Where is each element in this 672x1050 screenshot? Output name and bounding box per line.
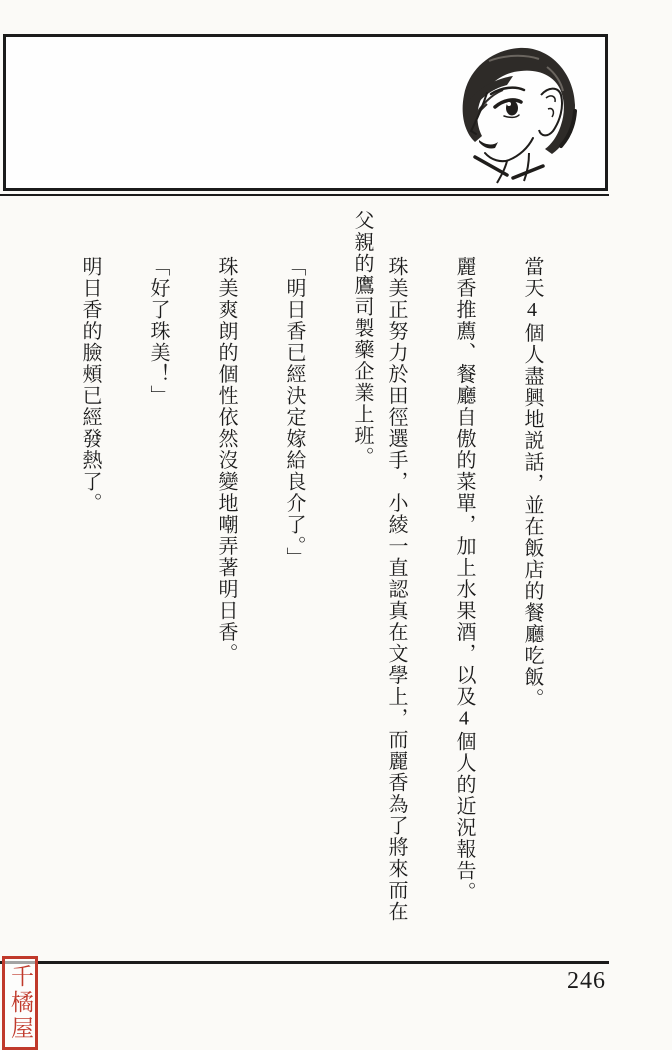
story-paragraph: 珠美正努力於田徑選手，小綾一直認真在文學上，而麗香為了將來而在 父親的鷹司製藥企…	[345, 210, 413, 952]
footer-rule	[0, 961, 609, 964]
story-text: 當天4個人盡興地説話，並在飯店的餐廳吃飯。 麗香推薦、餐廳自傲的菜單，加上水果酒…	[91, 210, 583, 952]
manga-face-icon	[449, 45, 601, 186]
story-paragraph: 然後…吃飽、談天、因為酒力而醉醺醺的時候，麗香把大家都帶到房 間。	[0, 210, 5, 952]
story-paragraph: 當天4個人盡興地説話，並在飯店的餐廳吃飯。	[515, 210, 549, 952]
panel-double-rule	[0, 194, 609, 196]
story-paragraph: 明日香的臉頰已經發熱了。	[73, 210, 107, 952]
story-paragraph: 麗香推薦、餐廳自傲的菜單，加上水果酒，以及4個人的近況報告。	[447, 210, 481, 952]
story-paragraph-quote: 「明日香已經決定嫁給良介了。」	[277, 210, 311, 952]
story-paragraph: 珠美爽朗的個性依然沒變地嘲弄著明日香。	[209, 210, 243, 952]
page-number: 246	[556, 968, 606, 995]
story-paragraph-quote: 「好了珠美！」	[141, 210, 175, 952]
book-page: { "colors": { "ink": "#1b1b1b", "paper":…	[0, 0, 672, 1050]
publisher-seal: 千橘屋	[2, 956, 38, 1050]
